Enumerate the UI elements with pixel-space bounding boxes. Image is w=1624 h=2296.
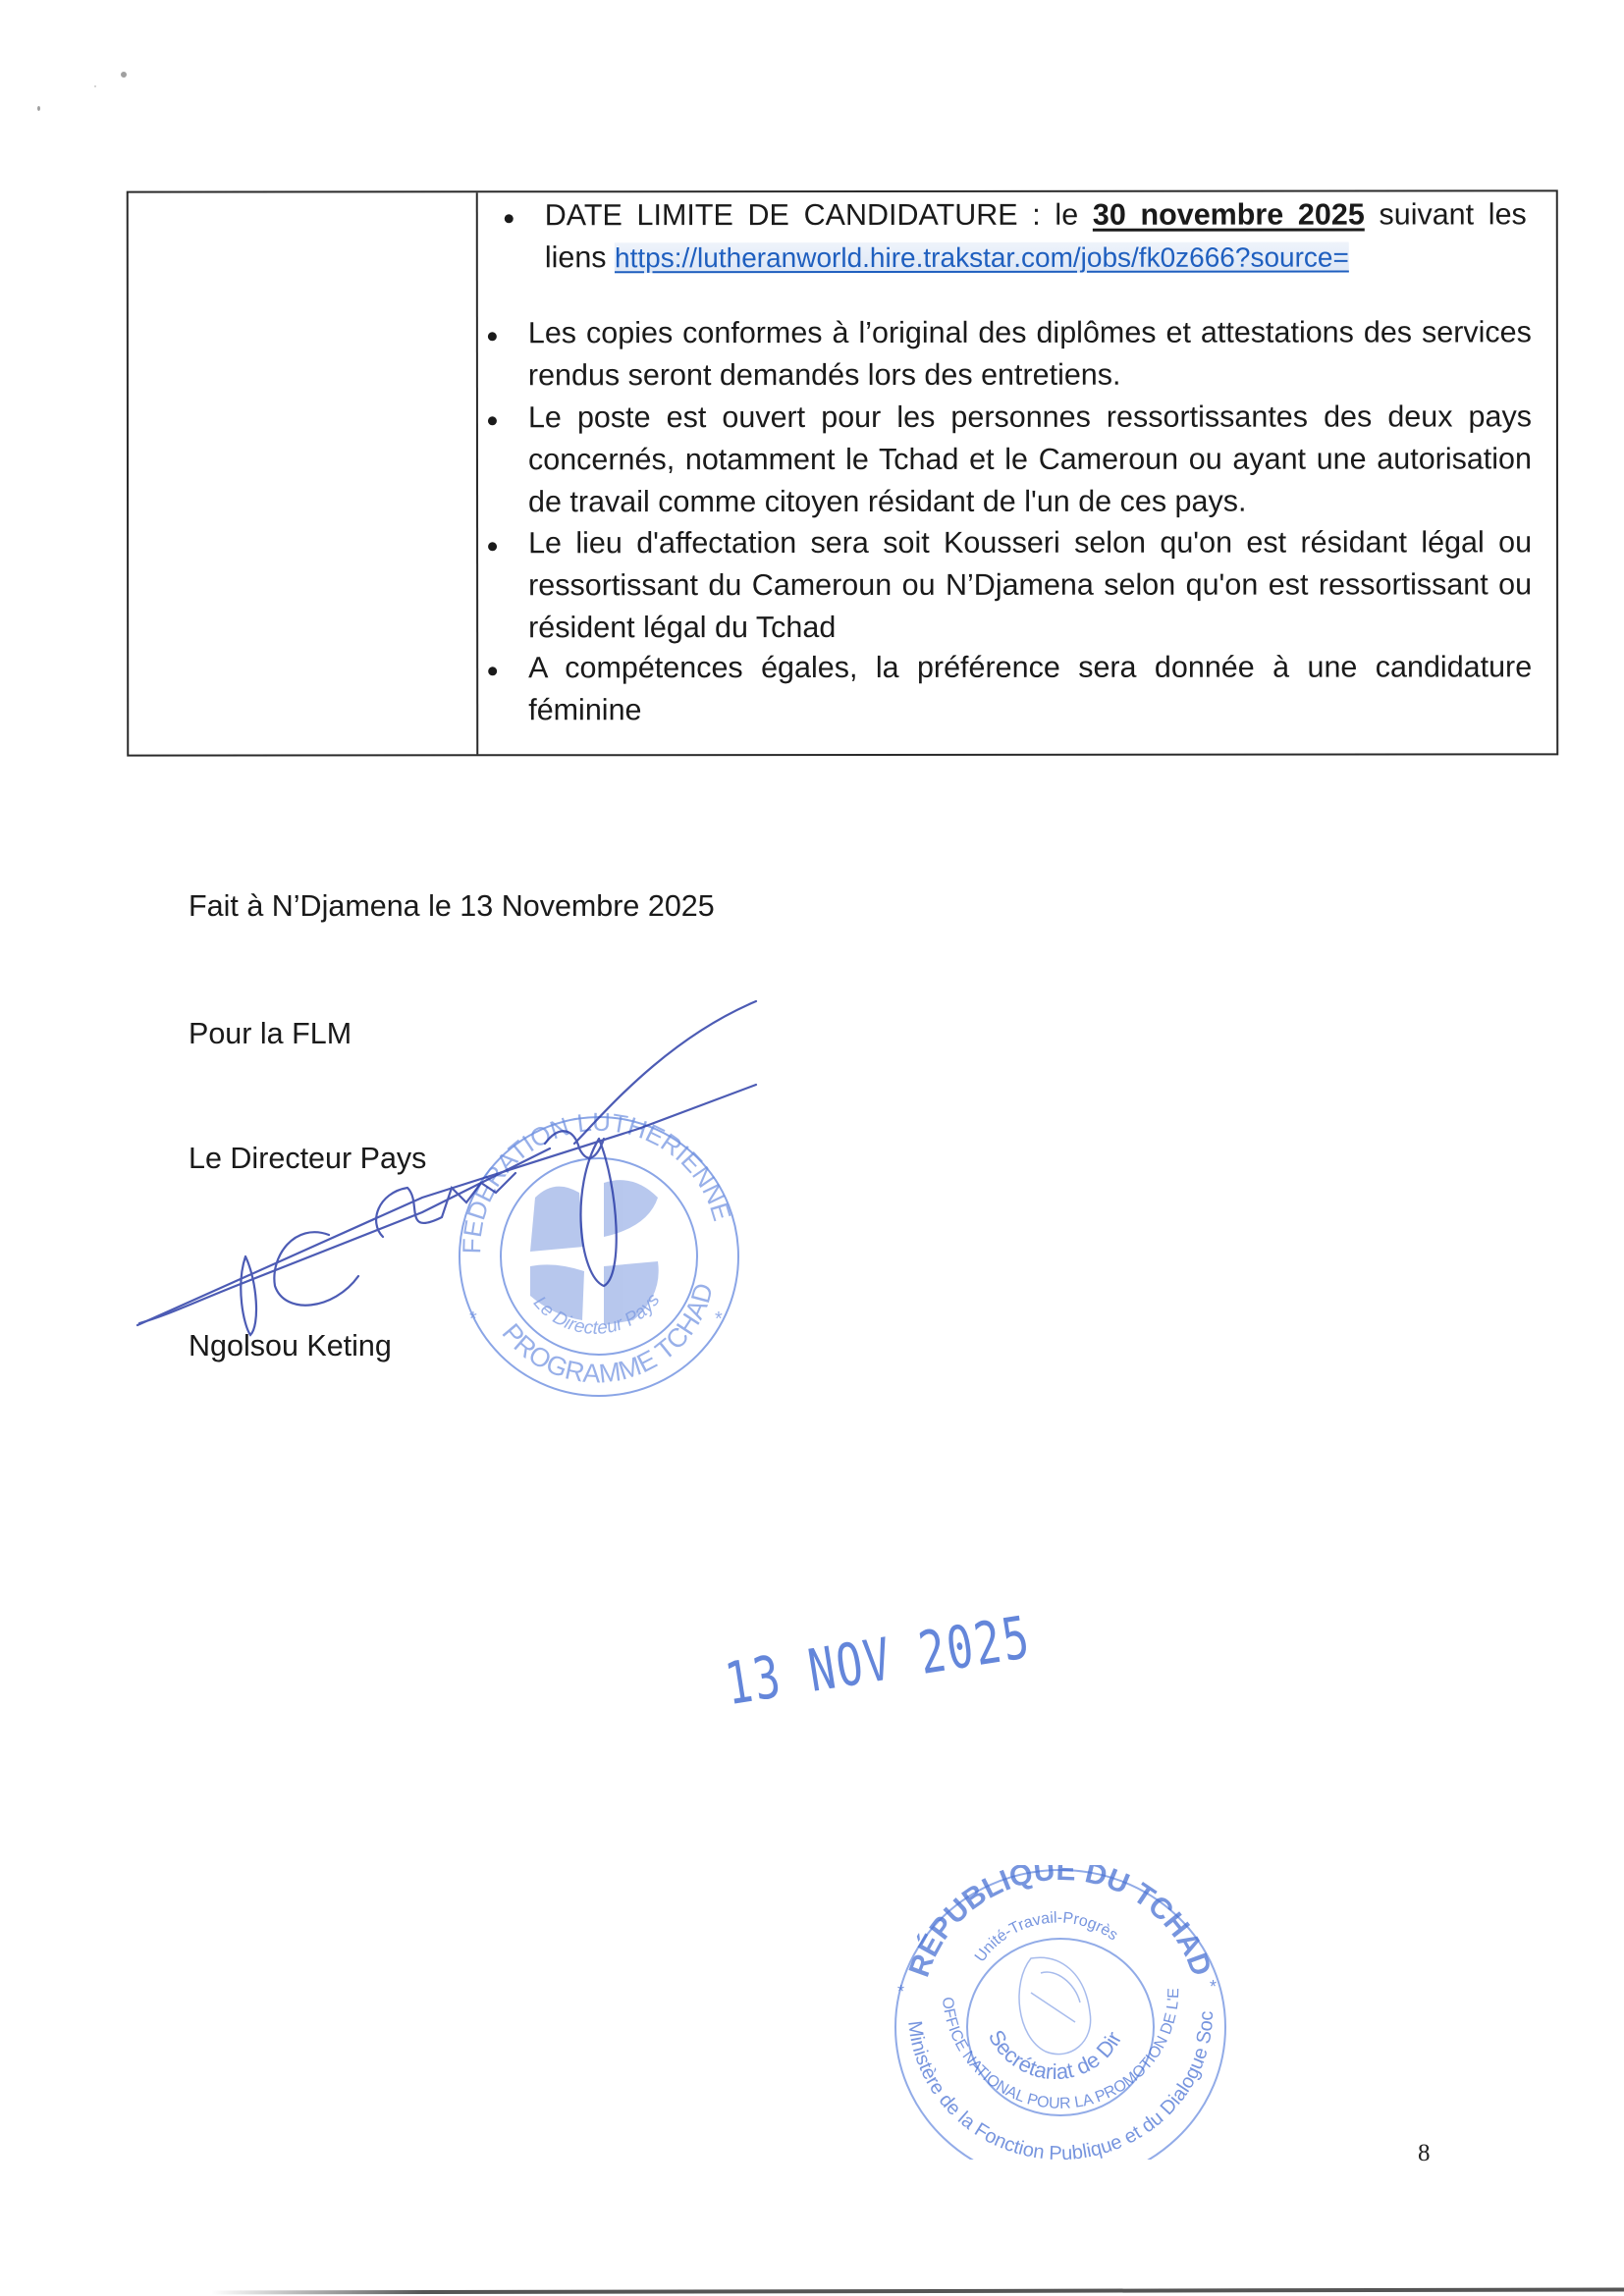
svg-text:Unité-Travail-Progrès: Unité-Travail-Progrès — [972, 1910, 1121, 1966]
signature-icon — [128, 991, 776, 1364]
list-item-text: A compétences égales, la préférence sera… — [528, 650, 1532, 726]
deadline-item: DATE LIMITE DE CANDIDATURE : le 30 novem… — [545, 193, 1527, 279]
scan-edge — [211, 2287, 1624, 2294]
application-link[interactable]: https://lutheranworld.hire.trakstar.com/… — [615, 242, 1349, 274]
conditions-cell: DATE LIMITE DE CANDIDATURE : le 30 novem… — [480, 191, 1556, 754]
scan-speck — [121, 72, 127, 78]
date-stamp: 13 NOV 2025 — [721, 1604, 1035, 1719]
deadline-prefix: DATE LIMITE DE CANDIDATURE : le — [545, 198, 1093, 232]
svg-text:*: * — [1210, 1977, 1217, 1997]
scan-speck — [94, 85, 96, 87]
bullet-icon — [505, 214, 514, 223]
conditions-table: DATE LIMITE DE CANDIDATURE : le 30 novem… — [127, 189, 1559, 756]
svg-text:*: * — [897, 1982, 904, 2002]
republic-stamp-icon: RÉPUBLIQUE DU TCHAD Unité-Travail-Progrè… — [884, 1865, 1237, 2160]
column-divider — [476, 192, 478, 754]
list-item: Le poste est ouvert pour les personnes r… — [528, 396, 1532, 523]
bullet-icon — [488, 332, 497, 341]
list-item: Le lieu d'affectation sera soit Kousseri… — [528, 521, 1532, 649]
bullet-icon — [488, 542, 497, 551]
deadline-date: 30 novembre 2025 — [1093, 198, 1365, 232]
page-number: 8 — [1418, 2140, 1431, 2167]
list-item-text: Le lieu d'affectation sera soit Kousseri… — [528, 525, 1532, 644]
bullet-icon — [488, 667, 497, 675]
place-date: Fait à N’Djamena le 13 Novembre 2025 — [189, 888, 715, 924]
list-item-text: Les copies conformes à l’original des di… — [528, 315, 1532, 392]
list-item: A compétences égales, la préférence sera… — [528, 646, 1532, 731]
list-item: Les copies conformes à l’original des di… — [528, 311, 1532, 397]
list-item-text: Le poste est ouvert pour les personnes r… — [528, 400, 1532, 518]
bullet-icon — [488, 416, 497, 425]
scan-speck — [37, 106, 40, 111]
